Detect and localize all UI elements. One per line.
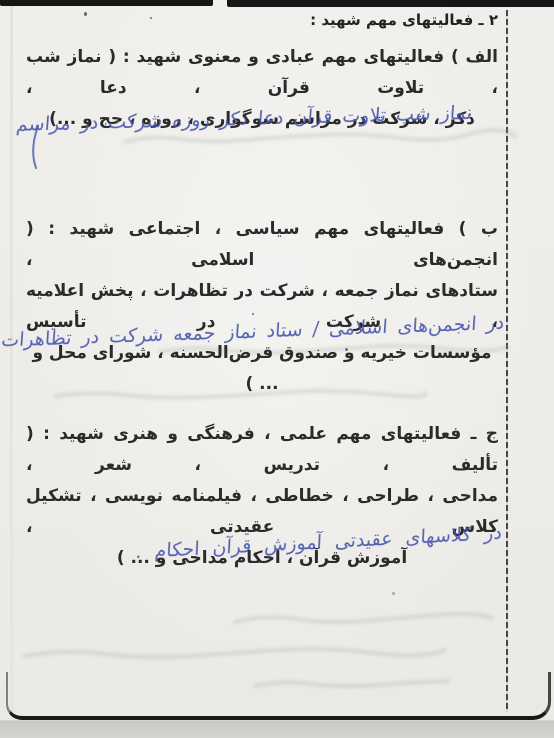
ink-speck	[84, 12, 87, 16]
ink-speck	[150, 17, 152, 19]
scanner-background-strip	[0, 721, 554, 738]
scanned-document-page: ۲ ـ فعالیتهای مهم شهید : الف ) فعالیتهای…	[0, 0, 554, 738]
ink-speck	[392, 592, 395, 595]
printed-line: الف ) فعالیتهای مهم عبادی و معنوی شهید :…	[26, 42, 498, 104]
printed-line: ب ) فعالیتهای مهم سیاسی ، اجتماعی شهید :…	[26, 214, 498, 276]
section-be-printed: ب ) فعالیتهای مهم سیاسی ، اجتماعی شهید :…	[26, 214, 498, 400]
scan-bottom-edge	[6, 672, 551, 720]
page-crease	[10, 0, 13, 715]
scan-top-edge-left	[0, 0, 213, 6]
margin-rule-line	[506, 10, 508, 712]
scan-top-edge-right	[227, 0, 554, 7]
page-title: ۲ ـ فعالیتهای مهم شهید :	[310, 11, 498, 29]
printed-line: ج ـ فعالیتهای مهم علمی ، فرهنگی و هنری ش…	[26, 419, 498, 481]
